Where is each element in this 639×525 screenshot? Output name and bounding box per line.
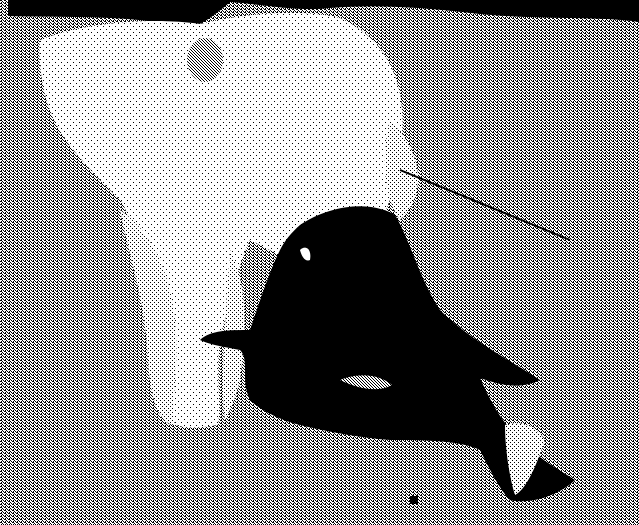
photo	[0, 0, 639, 525]
floor-spot	[410, 496, 418, 504]
halftone-scene	[0, 0, 639, 525]
head-shade	[187, 38, 223, 82]
